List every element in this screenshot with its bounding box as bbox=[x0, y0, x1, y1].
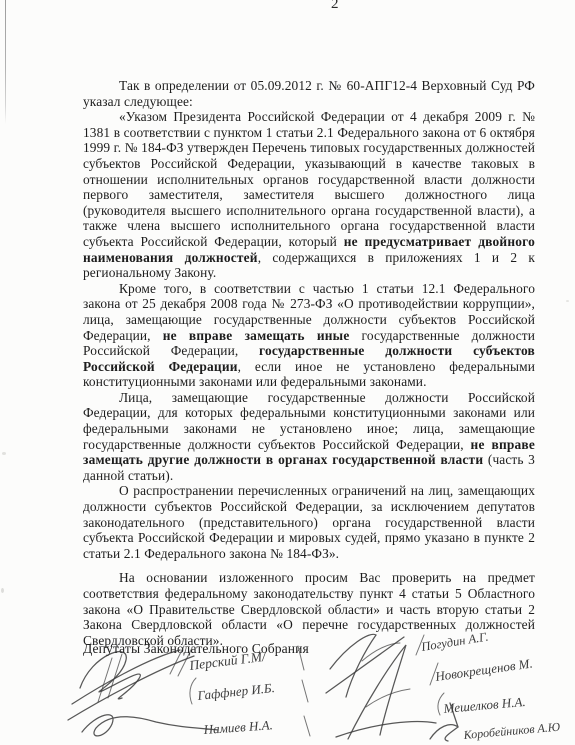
scanned-document-page: 2 Так в определении от 05.09.2012 г. № 6… bbox=[0, 0, 575, 745]
signature-name: Перский Г.М/ bbox=[188, 649, 268, 674]
signature-scribble bbox=[336, 722, 436, 737]
scan-speckle bbox=[1, 588, 4, 593]
text-run: Лица, замещающие государственные должнос… bbox=[83, 390, 535, 452]
signatures-right-cluster: Погудин А.Г. Новокрещенов М. Мешелков Н.… bbox=[318, 627, 575, 745]
signatures-left-cluster: Перский Г.М/ Гаффнер И.Б. Намиев Н.А. bbox=[52, 636, 344, 745]
bold-text-run: не вправе замещать иные bbox=[163, 328, 350, 343]
paragraph: О распространении перечисленных ограниче… bbox=[83, 483, 535, 561]
signature-name: Намиев Н.А. bbox=[202, 717, 273, 737]
signature-scribble bbox=[362, 643, 400, 661]
paragraph: «Указом Президента Российской Федерации … bbox=[83, 109, 535, 281]
page-number: 2 bbox=[331, 0, 339, 13]
signature-name: Гаффнер И.Б. bbox=[196, 680, 276, 703]
signature-name: Погудин А.Г. bbox=[419, 630, 489, 655]
signature-name: Мешелков Н.А. bbox=[442, 694, 526, 716]
signature-scribble bbox=[330, 634, 376, 697]
scan-speckle bbox=[566, 300, 569, 302]
paragraph: Так в определении от 05.09.2012 г. № 60-… bbox=[83, 78, 535, 109]
text-run: О распространении перечисленных ограниче… bbox=[83, 483, 535, 560]
signature-scribble bbox=[82, 715, 218, 736]
signature-scribble bbox=[298, 646, 310, 736]
signature-scribble bbox=[98, 654, 122, 702]
signature-name: Коробейников А.Ю bbox=[462, 720, 561, 743]
signature-scribble bbox=[190, 678, 196, 704]
document-body: Так в определении от 05.09.2012 г. № 60-… bbox=[83, 78, 535, 648]
signature-scribble bbox=[326, 637, 404, 693]
signature-name: Новокрещенов М. bbox=[433, 655, 533, 684]
text-run: «Указом Президента Российской Федерации … bbox=[83, 109, 535, 249]
paragraph: Кроме того, в соответствии с частью 1 ст… bbox=[83, 281, 535, 390]
scan-speckle bbox=[2, 452, 6, 455]
text-run: Так в определении от 05.09.2012 г. № 60-… bbox=[83, 78, 535, 109]
scan-edge-artifact bbox=[5, 0, 6, 124]
paragraph: Лица, замещающие государственные должнос… bbox=[83, 390, 535, 484]
